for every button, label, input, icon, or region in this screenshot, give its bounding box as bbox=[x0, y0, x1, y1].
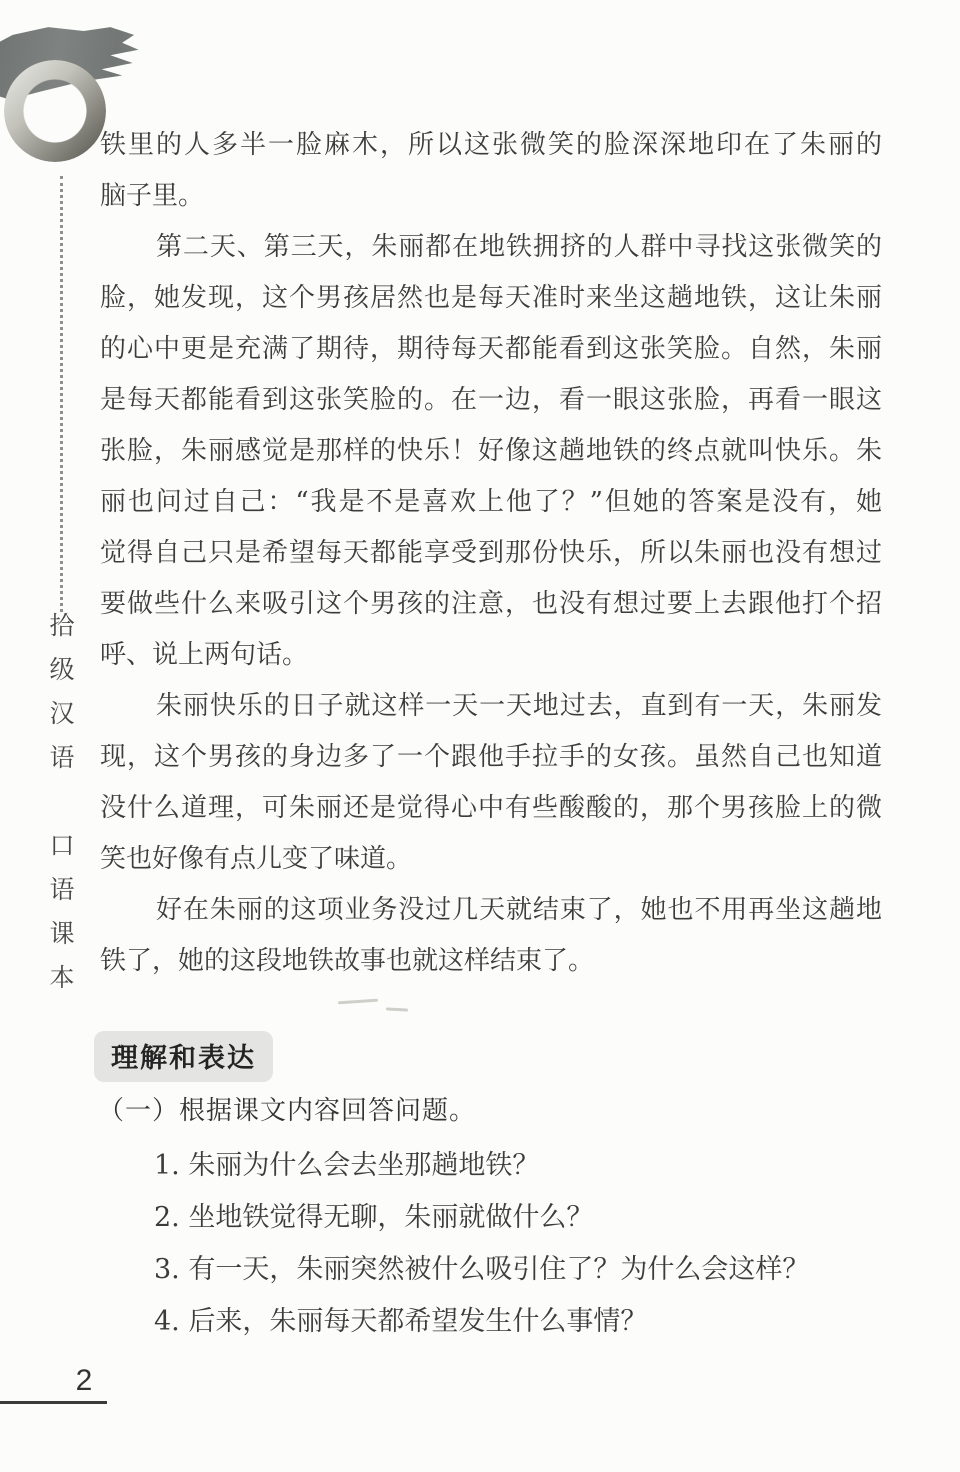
passage-line: 脑子里。 bbox=[100, 171, 882, 222]
passage-line: 铁了，她的这段地铁故事也就这样结束了。 bbox=[100, 936, 882, 987]
passage-line: 脸，她发现，这个男孩居然也是每天准时来坐这趟地铁，这让朱丽 bbox=[100, 273, 882, 324]
passage-line: 是每天都能看到这张笑脸的。在一边，看一眼这张脸，再看一眼这 bbox=[100, 375, 882, 426]
ring-logo-icon bbox=[4, 60, 106, 162]
passage-line: 要做些什么来吸引这个男孩的注意，也没有想过要上去跟他打个招 bbox=[100, 579, 882, 630]
scan-smudge bbox=[338, 999, 378, 1005]
textbook-page: 拾级汉语口语课本 铁里的人多半一脸麻木，所以这张微笑的脸深深地印在了朱丽的 脑子… bbox=[0, 0, 960, 1472]
question-item: 2. 坐地铁觉得无聊，朱丽就做什么？ bbox=[154, 1192, 874, 1244]
passage-line: 张脸，朱丽感觉是那样的快乐！好像这趟地铁的终点就叫快乐。朱 bbox=[100, 426, 882, 477]
book-title: 口语课本 bbox=[46, 788, 74, 1008]
passage-line: 朱丽快乐的日子就这样一天一天地过去，直到有一天，朱丽发 bbox=[100, 681, 882, 732]
passage-line: 丽也问过自己：“我是不是喜欢上他了？”但她的答案是没有，她 bbox=[100, 477, 882, 528]
passage-line: 好在朱丽的这项业务没过几天就结束了，她也不用再坐这趟地 bbox=[100, 885, 882, 936]
exercise-instruction: （一）根据课文内容回答问题。 bbox=[98, 1090, 476, 1127]
page-number: 2 bbox=[62, 1364, 106, 1398]
series-title: 拾级汉语 bbox=[46, 612, 74, 788]
sidebar-book-title: 拾级汉语口语课本 bbox=[42, 612, 78, 1008]
margin-dotted-rule bbox=[60, 176, 63, 612]
passage-line: 铁里的人多半一脸麻木，所以这张微笑的脸深深地印在了朱丽的 bbox=[100, 120, 882, 171]
question-item: 1. 朱丽为什么会去坐那趟地铁？ bbox=[154, 1140, 874, 1192]
passage-line: 现，这个男孩的身边多了一个跟他手拉手的女孩。虽然自己也知道 bbox=[100, 732, 882, 783]
question-list: 1. 朱丽为什么会去坐那趟地铁？ 2. 坐地铁觉得无聊，朱丽就做什么？ 3. 有… bbox=[154, 1140, 874, 1348]
passage-line: 的心中更是充满了期待，期待每天都能看到这张笑脸。自然，朱丽 bbox=[100, 324, 882, 375]
passage-line: 没什么道理，可朱丽还是觉得心中有些酸酸的，那个男孩脸上的微 bbox=[100, 783, 882, 834]
passage-line: 觉得自己只是希望每天都能享受到那份快乐，所以朱丽也没有想过 bbox=[100, 528, 882, 579]
footer-rule bbox=[0, 1401, 107, 1404]
passage-line: 第二天、第三天，朱丽都在地铁拥挤的人群中寻找这张微笑的 bbox=[100, 222, 882, 273]
section-header-comprehension: 理解和表达 bbox=[94, 1031, 273, 1082]
scan-smudge bbox=[386, 1007, 408, 1011]
question-item: 4. 后来，朱丽每天都希望发生什么事情？ bbox=[154, 1296, 874, 1348]
reading-passage: 铁里的人多半一脸麻木，所以这张微笑的脸深深地印在了朱丽的 脑子里。 第二天、第三… bbox=[100, 120, 882, 987]
passage-line: 呼、说上两句话。 bbox=[100, 630, 882, 681]
question-item: 3. 有一天，朱丽突然被什么吸引住了？为什么会这样？ bbox=[154, 1244, 874, 1296]
passage-line: 笑也好像有点儿变了味道。 bbox=[100, 834, 882, 885]
